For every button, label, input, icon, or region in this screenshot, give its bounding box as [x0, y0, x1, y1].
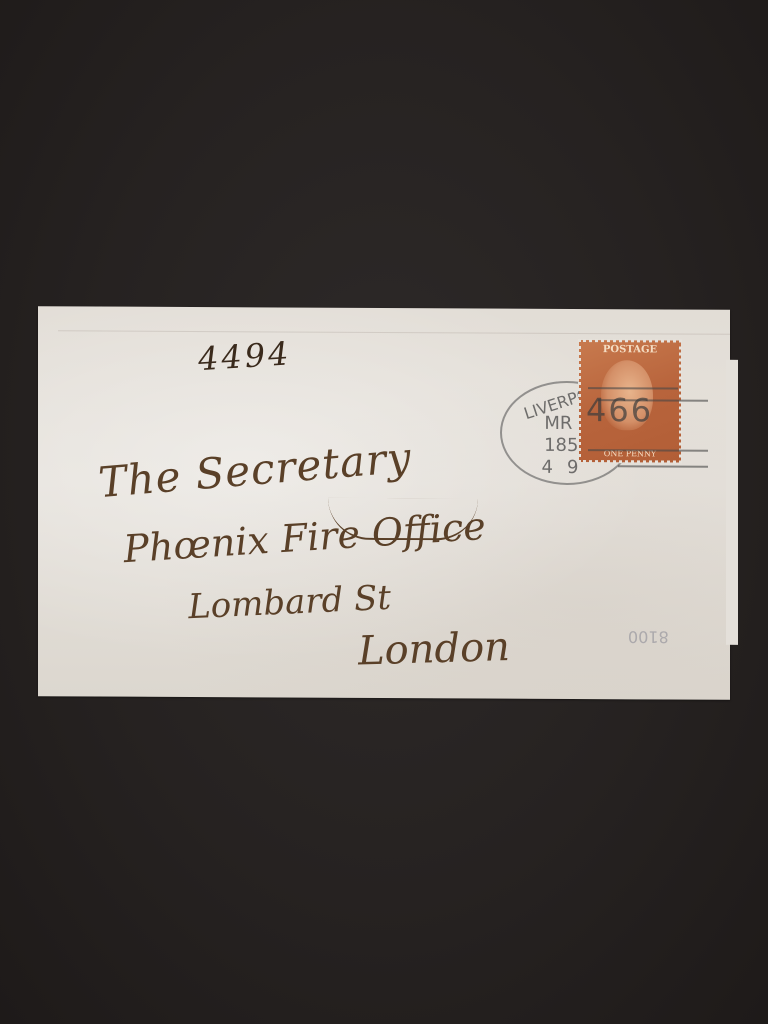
- docket-number: 4494: [197, 334, 293, 378]
- cancel-bar: [618, 465, 708, 467]
- duplex-number: 466: [586, 391, 653, 429]
- letter-cover: 4494 The Secretary Phœnix Fire Office Lo…: [38, 306, 730, 700]
- stamp-top-text: POSTAGE: [579, 344, 681, 356]
- fold-line: [58, 330, 730, 335]
- address-line-recipient: The Secretary: [96, 433, 413, 508]
- pencil-note: 8100: [628, 627, 669, 646]
- address-line-street: Lombard St: [187, 578, 392, 628]
- address-line-city: London: [357, 624, 510, 674]
- address-line-company: Phœnix Fire Office: [122, 504, 487, 571]
